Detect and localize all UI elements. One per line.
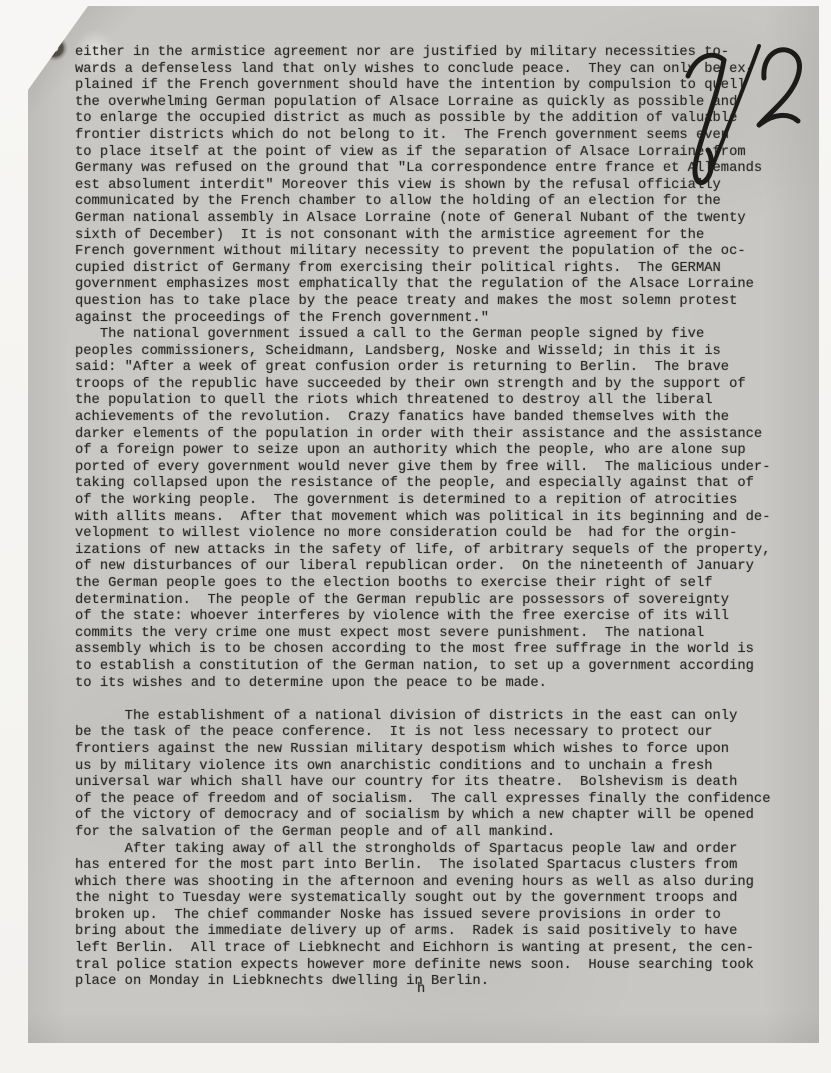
stray-typed-character: h [417, 982, 425, 999]
document-scan: either in the armistice agreement nor ar… [0, 0, 831, 1073]
handwritten-page-number-text: 7/2 [28, 6, 29, 7]
paragraph-armistice-protest: either in the armistice agreement nor ar… [75, 45, 770, 327]
handwritten-page-number [672, 40, 822, 188]
paper-sheet: either in the armistice agreement nor ar… [28, 6, 819, 1043]
paragraph-call-to-german-people: The national government issued a call to… [75, 327, 770, 692]
paragraph-spartacus-berlin: After taking away of all the strongholds… [75, 842, 770, 991]
staple-hole-mark [33, 27, 77, 71]
typewritten-text: either in the armistice agreement nor ar… [75, 45, 770, 991]
paragraph-eastern-districts: The establishment of a national division… [75, 709, 770, 842]
